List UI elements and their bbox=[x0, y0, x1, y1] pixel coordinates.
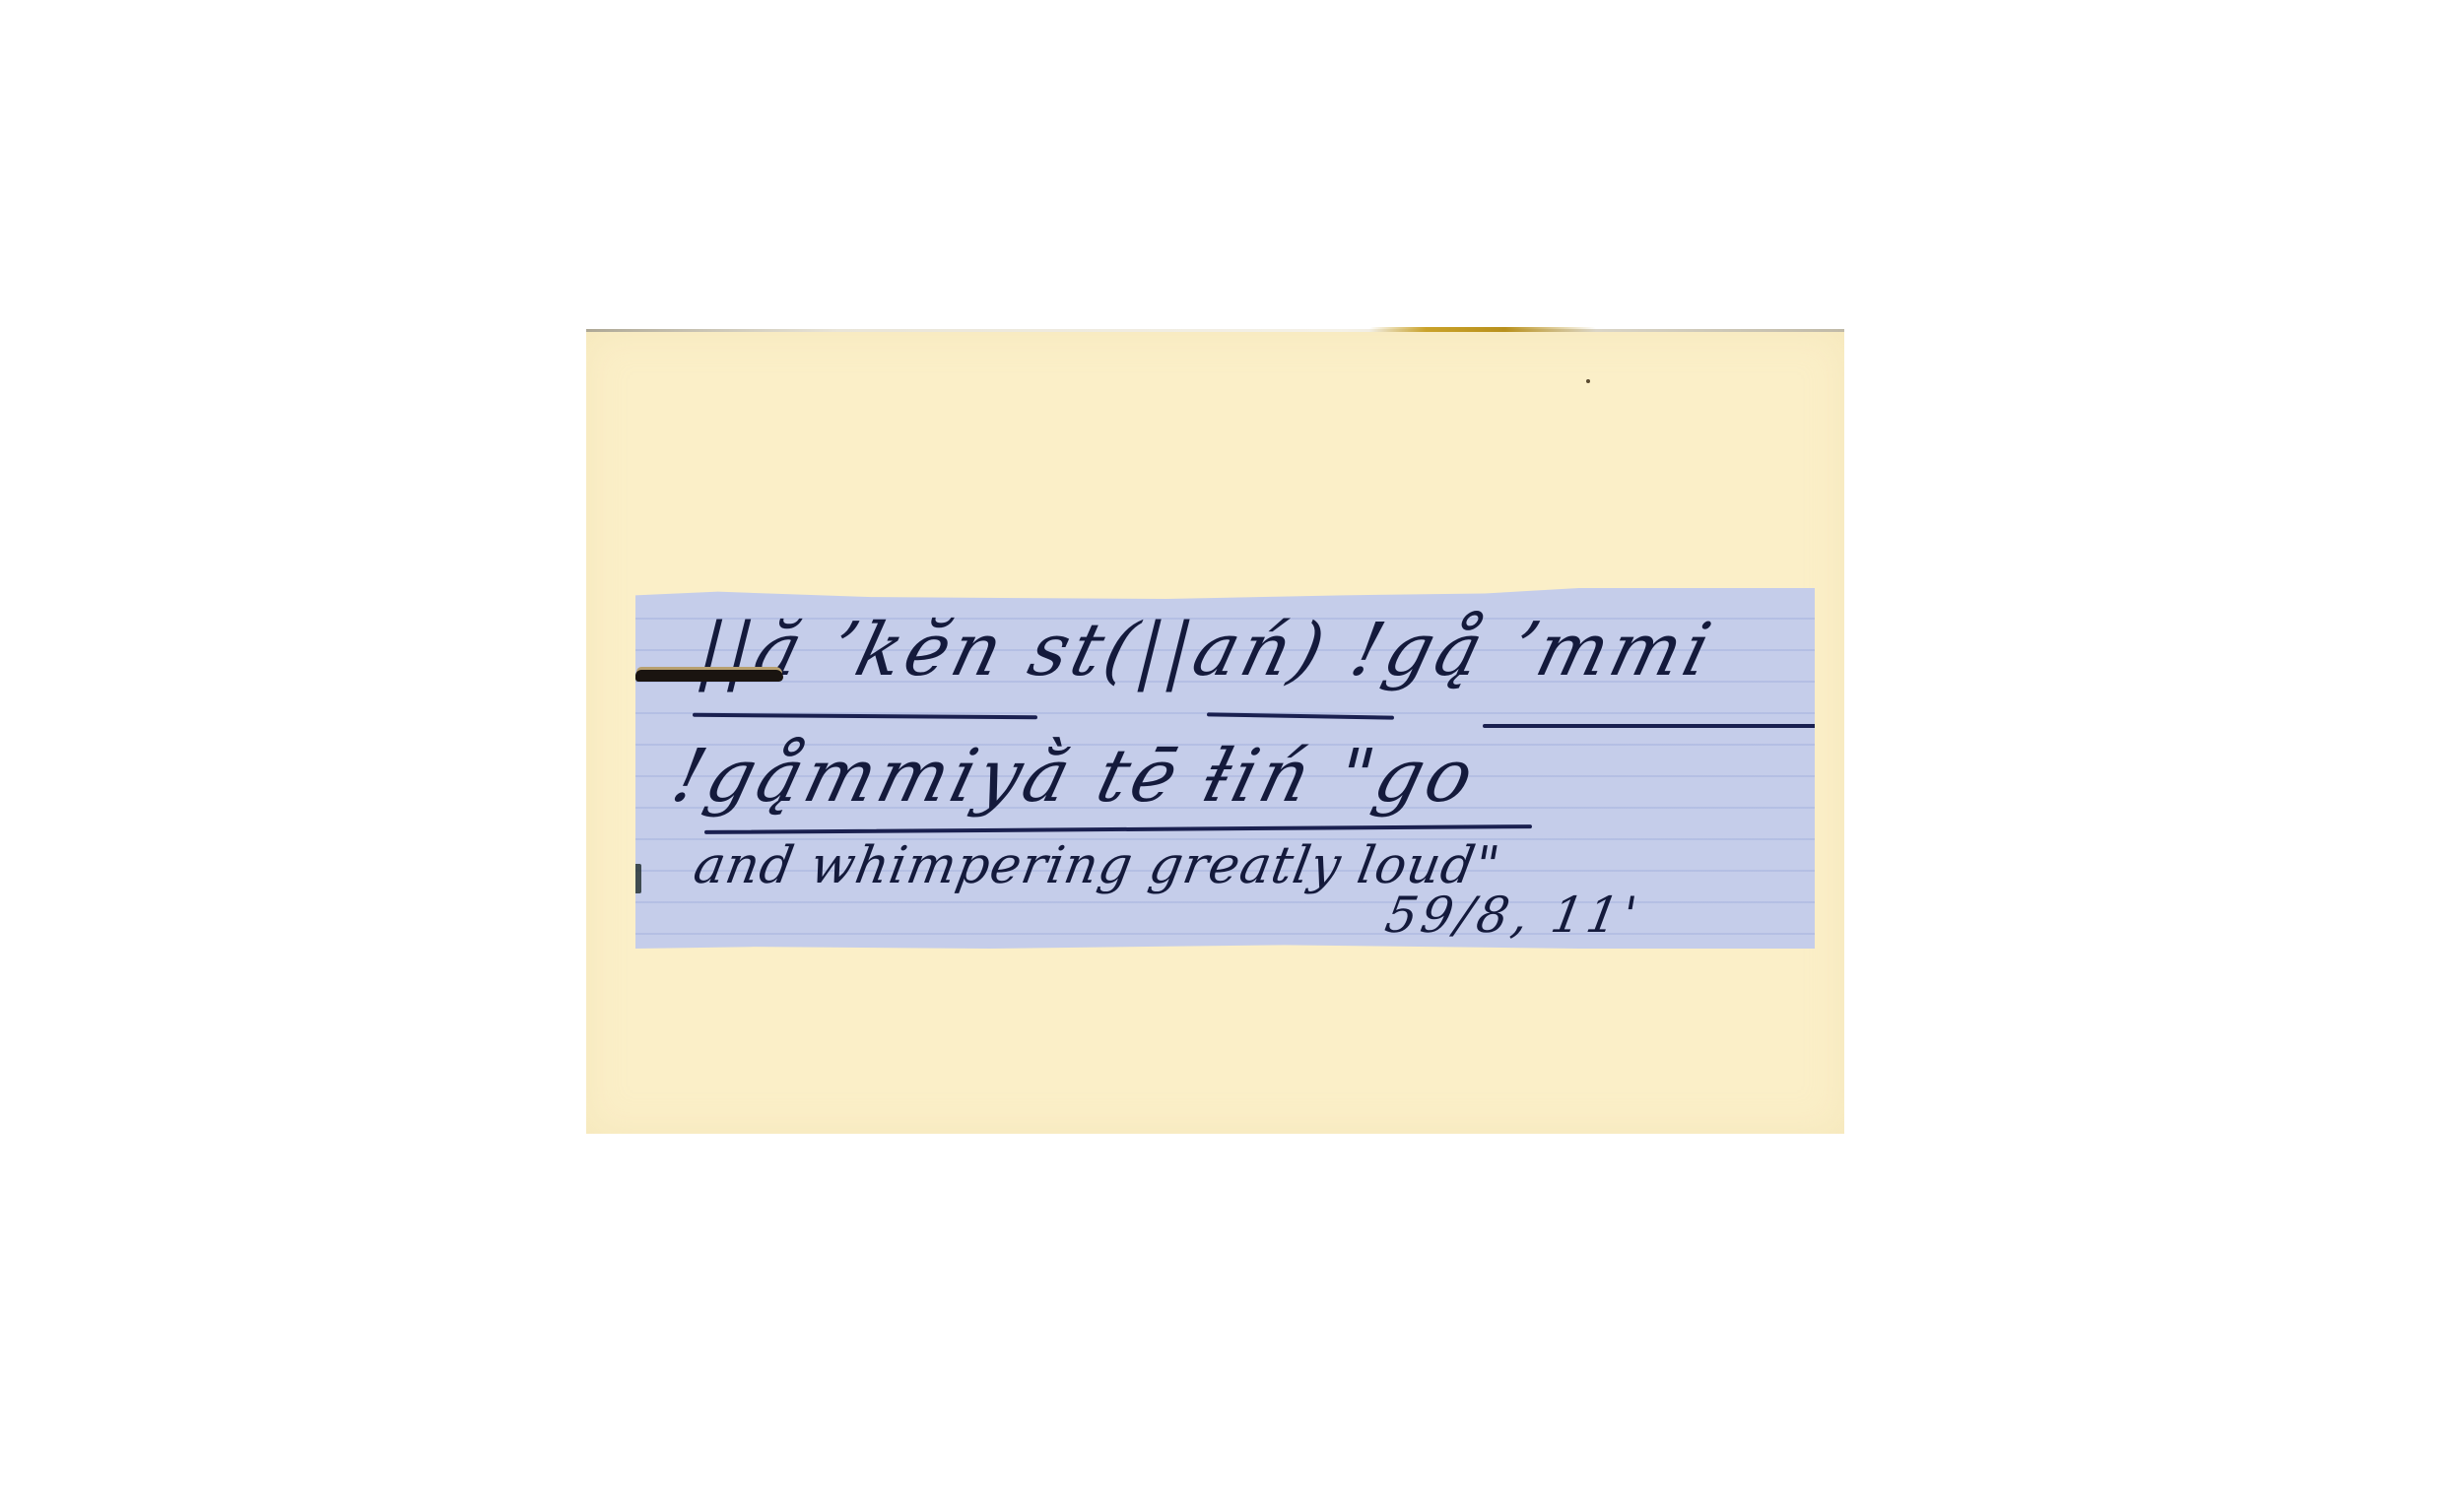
ink-mark-left bbox=[633, 864, 641, 893]
catalogue-number: 59/8, 11' bbox=[1381, 887, 1645, 944]
handwritten-line-3: and whimpering greatly loud" bbox=[690, 836, 1505, 895]
card-top-edge bbox=[586, 329, 1844, 332]
blue-paper-slip: ||ă ʼkĕn st(||ań) !gą̊ ʼmmi !gą̊mmiyằ tē… bbox=[635, 588, 1815, 949]
ink-stain-top bbox=[675, 585, 783, 591]
underline bbox=[1207, 712, 1394, 719]
card-speck bbox=[1586, 379, 1590, 383]
underline bbox=[704, 824, 1532, 834]
underline bbox=[693, 713, 1037, 719]
handwritten-line-2: !gą̊mmiyằ tē ⱡiń "go bbox=[664, 734, 1486, 819]
mount-card: ||ă ʼkĕn st(||ań) !gą̊ ʼmmi !gą̊mmiyằ tē… bbox=[586, 332, 1844, 1134]
card-gold-sliver bbox=[1369, 327, 1596, 332]
handwritten-line-1: ||ă ʼkĕn st(||ań) !gą̊ ʼmmi bbox=[689, 608, 1722, 692]
ink-stain-bottom bbox=[635, 670, 783, 682]
underline bbox=[1483, 724, 1936, 728]
